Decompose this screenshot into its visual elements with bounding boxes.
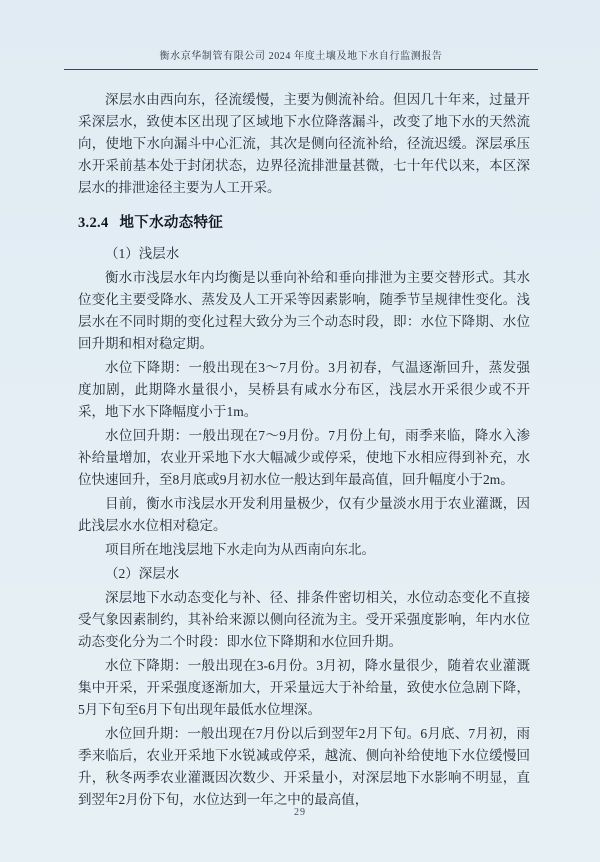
document-body: 深层水由西向东，径流缓慢，主要为侧流补给。但因几十年来，过量开采深层水，致使本区… <box>78 87 530 811</box>
paragraph-site-flow-direction: 项目所在地浅层地下水走向为从西南向东北。 <box>78 539 530 561</box>
paragraph-shallow-current-use: 目前，衡水市浅层水开发利用量极少，仅有少量淡水用于农业灌溉，因此浅层水水位相对稳… <box>78 493 530 537</box>
section-number: 3.2.4 <box>78 215 109 231</box>
document-page: 衡水京华制管有限公司 2024 年度土壤及地下水自行监测报告 深层水由西向东，径… <box>0 0 600 862</box>
subsection-label-shallow-water: （1）浅层水 <box>78 243 530 265</box>
page-number: 29 <box>294 807 306 818</box>
page-footer: 29 <box>0 807 600 818</box>
section-heading: 3.2.4地下水动态特征 <box>78 212 530 234</box>
paragraph-deep-decline-period: 水位下降期：一般出现在3-6月份。3月初，降水量很少，随着农业灌溉集中开采，开采… <box>78 655 530 721</box>
section-title: 地下水动态特征 <box>120 215 224 231</box>
header-title: 衡水京华制管有限公司 2024 年度土壤及地下水自行监测报告 <box>160 51 443 62</box>
subsection-label-deep-water: （2）深层水 <box>78 563 530 585</box>
page-header: 衡水京华制管有限公司 2024 年度土壤及地下水自行监测报告 <box>64 47 538 70</box>
paragraph-shallow-decline-period: 水位下降期：一般出现在3～7月份。3月初春，气温逐渐回升，蒸发强度加剧，此期降水… <box>78 357 530 423</box>
paragraph-shallow-balance: 衡水市浅层水年内均衡是以垂向补给和垂向排泄为主要交替形式。其水位变化主要受降水、… <box>78 267 530 355</box>
paragraph-deep-recovery-period: 水位回升期：一般出现在7月份以后到翌年2月下旬。6月底、7月初，雨季来临后，农业… <box>78 723 530 811</box>
paragraph-deep-dynamics: 深层地下水动态变化与补、径、排条件密切相关，水位动态变化不直接受气象因素制约，其… <box>78 587 530 653</box>
paragraph-shallow-recovery-period: 水位回升期：一般出现在7～9月份。7月份上旬，雨季来临，降水入渗补给量增加，农业… <box>78 425 530 491</box>
paragraph-deep-water-intro: 深层水由西向东，径流缓慢，主要为侧流补给。但因几十年来，过量开采深层水，致使本区… <box>78 89 530 199</box>
